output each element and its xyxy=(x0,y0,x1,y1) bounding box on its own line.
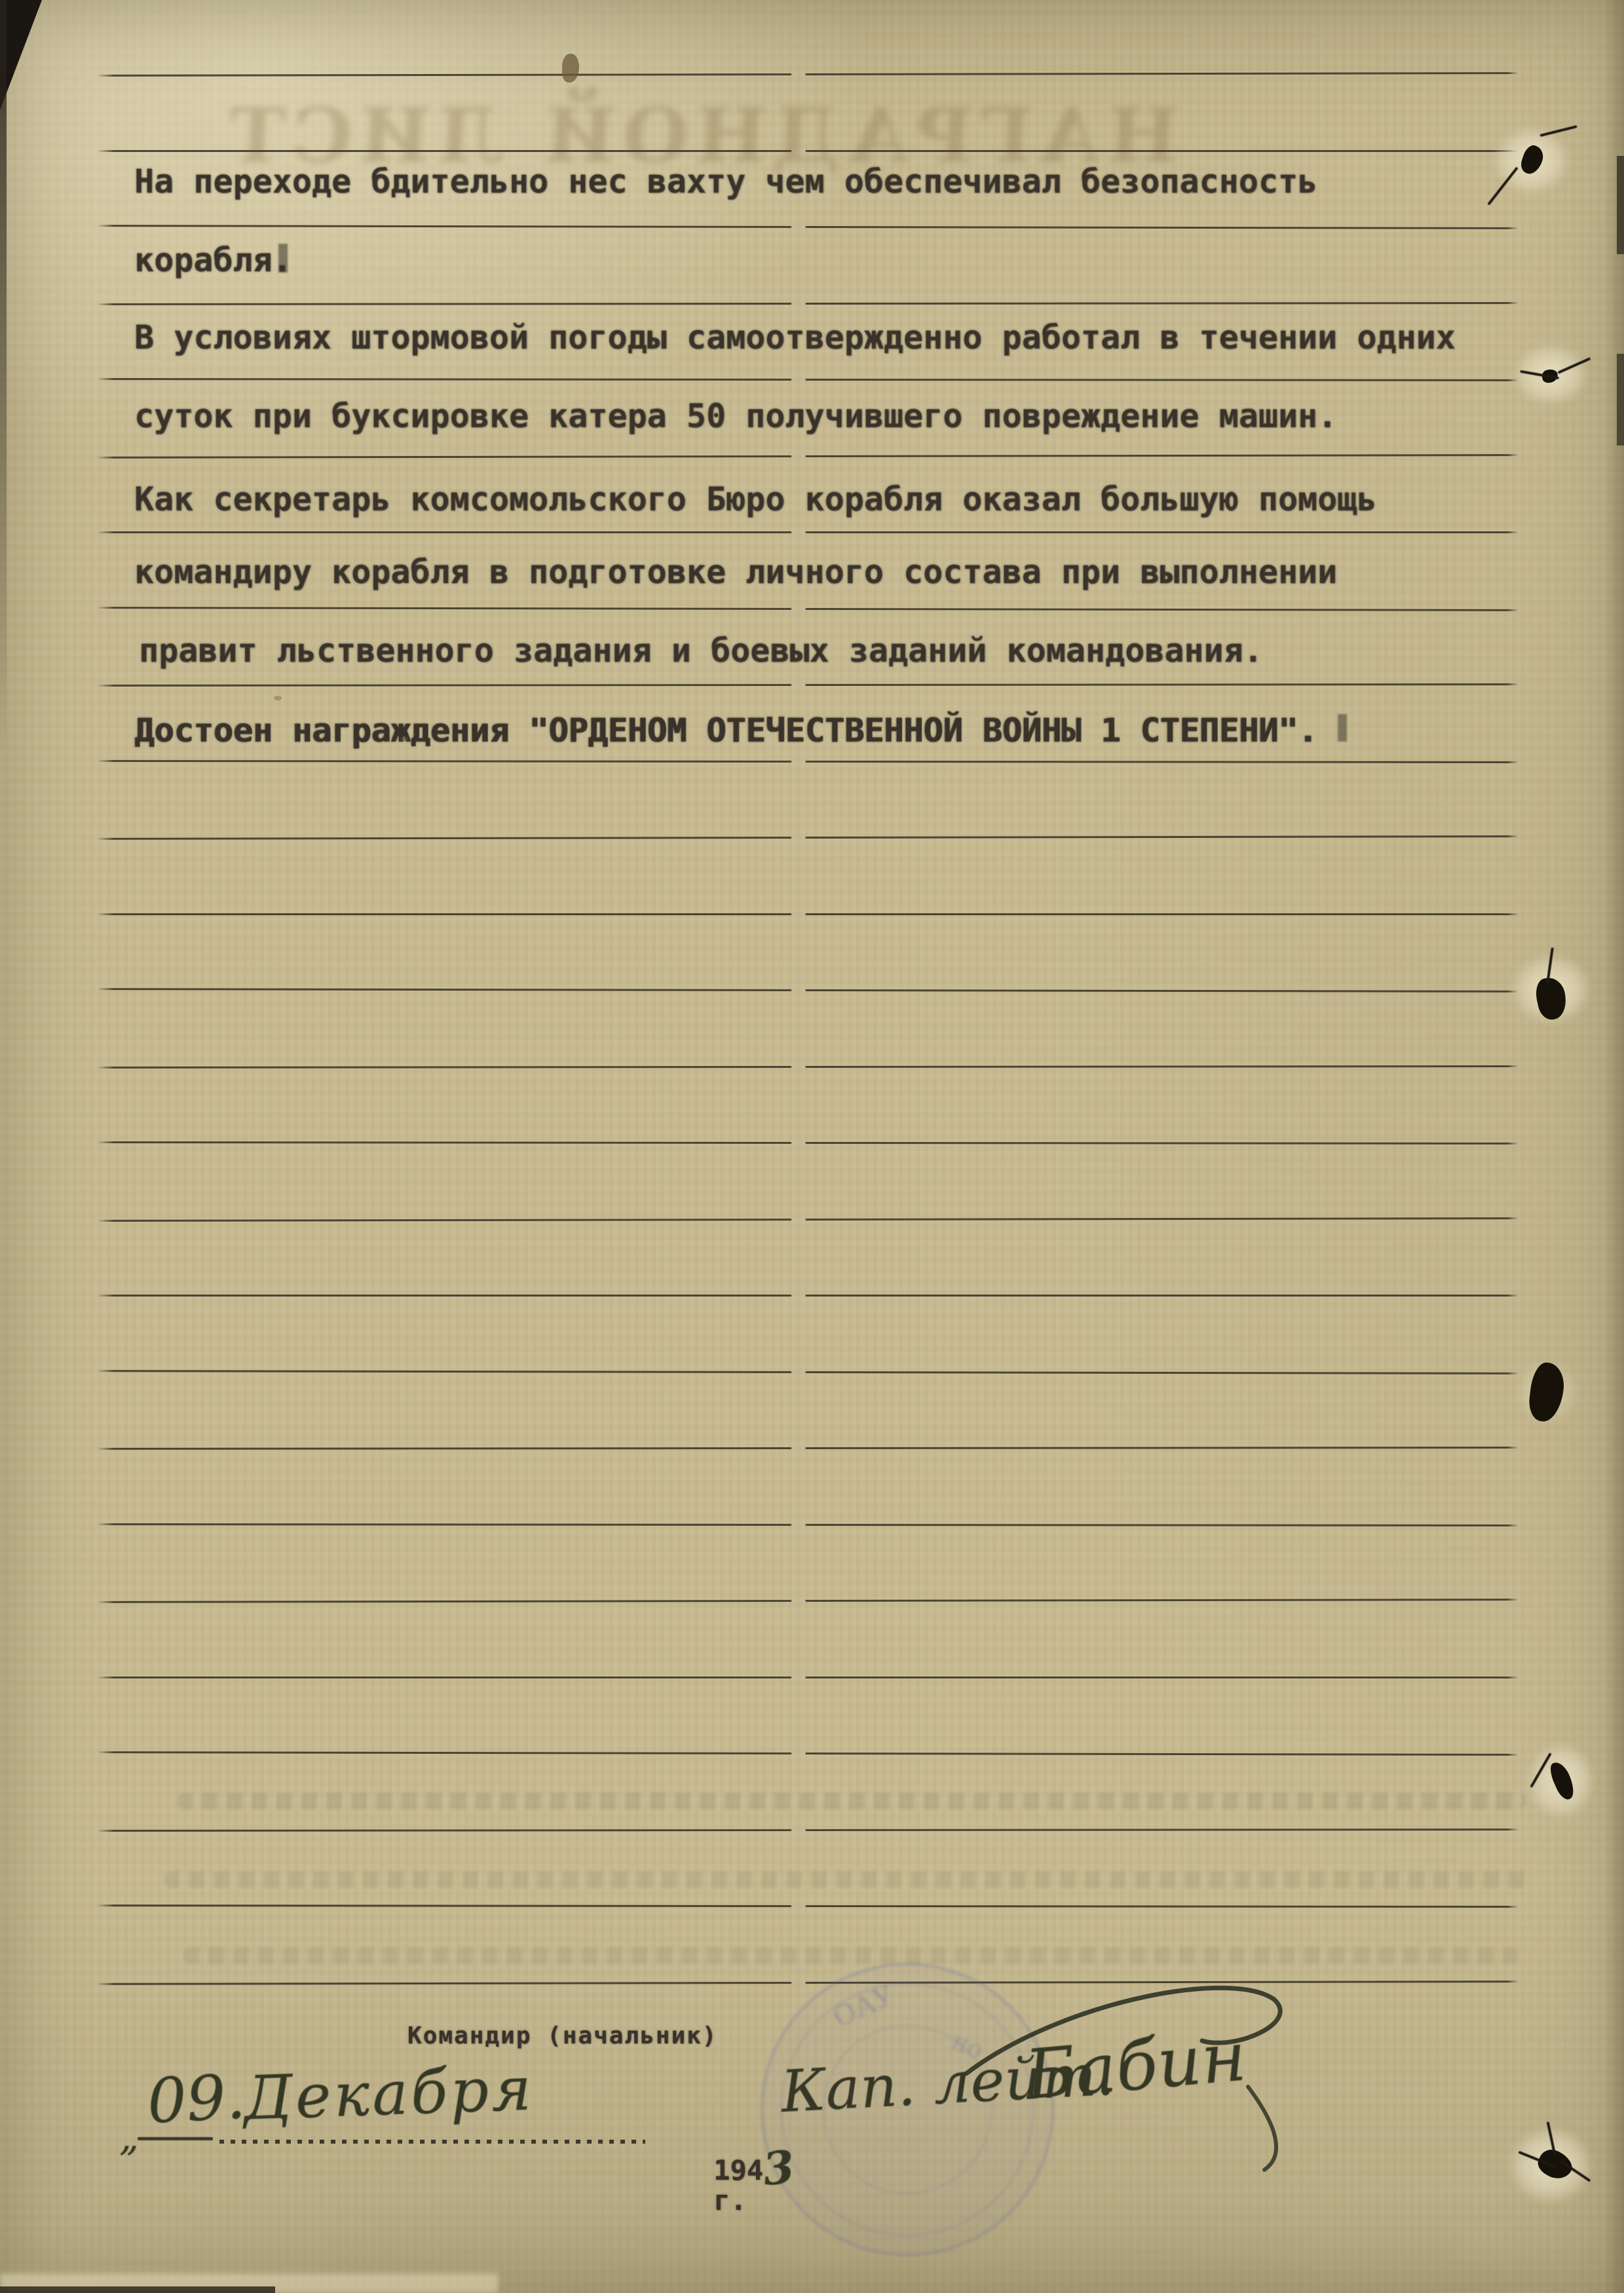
ruled-line xyxy=(97,72,1519,77)
paper-speck xyxy=(401,736,407,742)
ruled-line xyxy=(97,531,1519,533)
ruled-line xyxy=(97,378,1519,381)
ruled-line xyxy=(97,760,1519,763)
paper-speck xyxy=(562,54,579,83)
ruled-line xyxy=(97,1065,1519,1069)
ruled-line xyxy=(97,1677,1519,1678)
punch-hole xyxy=(1507,1351,1588,1432)
ruled-line xyxy=(97,683,1519,687)
scan-edge-right-shade xyxy=(1604,0,1624,2293)
day-underline xyxy=(138,2137,213,2140)
ruled-line xyxy=(97,225,1519,229)
typed-award-line: Достоен награждения "ОРДЕНОМ ОТЕЧЕСТВЕНН… xyxy=(134,714,1317,747)
year-suffix: г. xyxy=(713,2184,747,2216)
handwritten-month: Декабря xyxy=(242,2053,535,2133)
ruled-line xyxy=(97,1599,1519,1603)
typed-line: правит льственного задания и боевых зада… xyxy=(139,634,1263,667)
ruled-line xyxy=(97,1905,1519,1908)
ruled-line xyxy=(97,1447,1519,1450)
ink-blot xyxy=(278,244,288,273)
typed-line: На переходе бдительно нес вахту чем обес… xyxy=(134,165,1317,198)
ruled-line xyxy=(97,1217,1519,1222)
ruled-line xyxy=(97,835,1519,840)
ruled-line xyxy=(97,1370,1519,1374)
dotted-date-line xyxy=(219,2140,645,2144)
scan-edge-bottom-dark xyxy=(0,2286,275,2293)
paper-speck xyxy=(274,696,282,700)
ruled-line xyxy=(97,1829,1519,1832)
scanned-award-document-page: НАГРАДНОЙ ЛИСТ На переходе бдительно нес… xyxy=(0,0,1624,2293)
punch-tear xyxy=(1517,1731,1605,1830)
typed-line: В условиях штормовой погоды самоотвержде… xyxy=(134,321,1456,354)
ruled-line xyxy=(97,607,1519,611)
ruled-line xyxy=(97,454,1519,459)
ruled-line xyxy=(97,1751,1519,1756)
ruled-line xyxy=(97,988,1519,993)
typed-line: суток при буксировке катера 50 получивше… xyxy=(134,400,1337,432)
date-open-quote: „ xyxy=(119,2115,139,2159)
ruled-line xyxy=(97,913,1519,915)
ink-blot xyxy=(1338,714,1347,742)
handwritten-day: 09. xyxy=(145,2061,247,2138)
scan-edge-left xyxy=(0,0,7,753)
ruled-line xyxy=(97,1523,1519,1526)
ruled-line xyxy=(97,302,1519,305)
ruled-line xyxy=(97,150,1519,152)
typed-line: командиру корабля в подготовке личного с… xyxy=(134,556,1337,588)
punch-tear xyxy=(1499,943,1604,1035)
typed-line: корабля. xyxy=(134,244,292,276)
bleedthrough-row xyxy=(164,1871,1534,1888)
punch-tear xyxy=(1495,2115,1606,2216)
typed-line: Как секретарь комсомольского Бюро корабл… xyxy=(134,483,1376,516)
commander-label: Командир (начальник) xyxy=(407,2024,717,2048)
bleedthrough-row xyxy=(177,1792,1527,1810)
punch-tear xyxy=(1482,117,1581,204)
punch-tear xyxy=(1501,335,1600,414)
ruled-line xyxy=(97,1295,1519,1297)
ruled-line xyxy=(97,1141,1519,1145)
